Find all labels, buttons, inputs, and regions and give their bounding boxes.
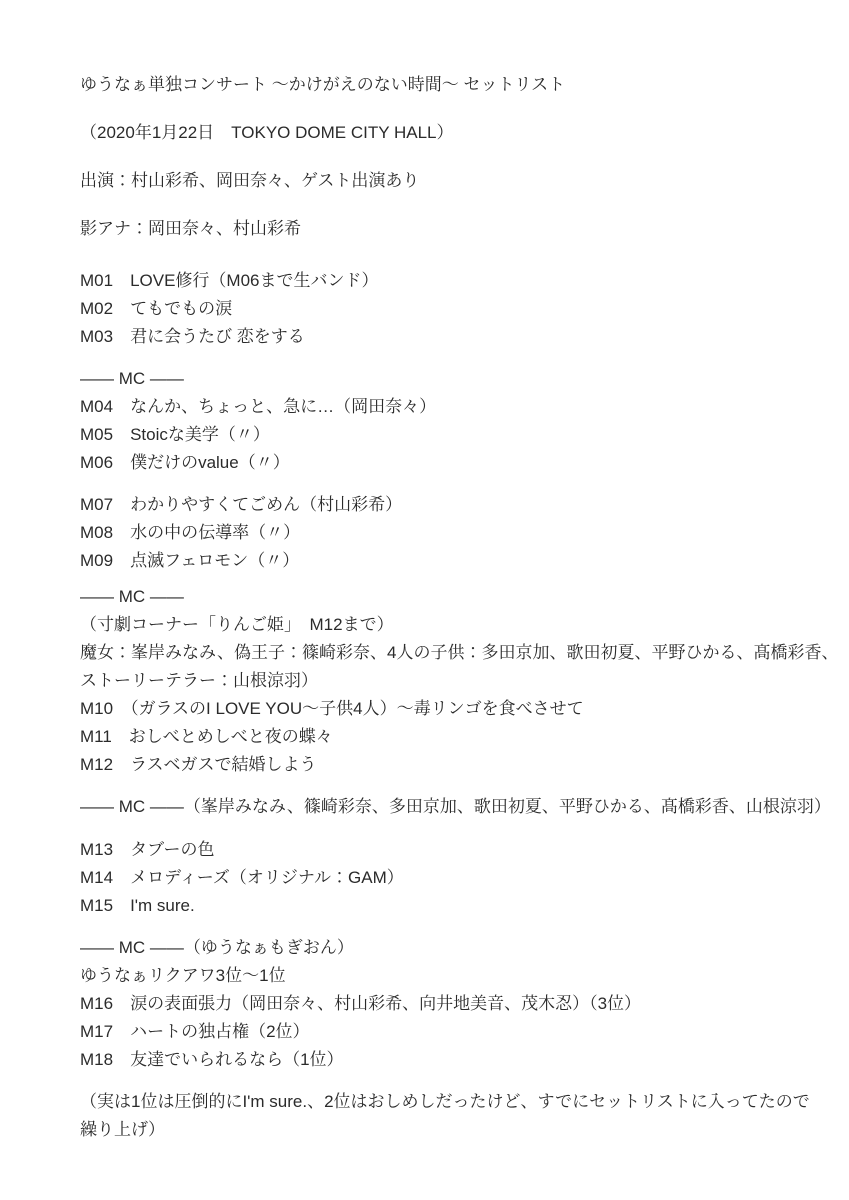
- song-line-m16: M16 涙の表面張力（岡田奈々、村山彩希、向井地美音、茂木忍）（3位）: [80, 990, 841, 1018]
- paragraph-gap: [80, 575, 841, 583]
- date-venue-line: （2020年1月22日 TOKYO DOME CITY HALL）: [80, 119, 841, 147]
- skit-cast-line-cont: ストーリーテラー：山根涼羽）: [80, 667, 841, 695]
- song-line-m15: M15 I'm sure.: [80, 892, 841, 920]
- song-line-m14: M14 メロディーズ（オリジナル：GAM）: [80, 864, 841, 892]
- song-line-m13: M13 タブーの色: [80, 836, 841, 864]
- mc-divider-line: ―― MC ――: [80, 365, 841, 393]
- song-line-m05: M05 Stoicな美学（〃）: [80, 421, 841, 449]
- song-line-m01: M01 LOVE修行（M06まで生バンド）: [80, 267, 841, 295]
- paragraph-gap: [80, 821, 841, 836]
- mc-divider-line: ―― MC ――: [80, 583, 841, 611]
- skit-cast-line: 魔女：峯岸みなみ、偽王子：篠崎彩奈、4人の子供：多田京加、歌田初夏、平野ひかる、…: [80, 639, 841, 667]
- song-line-m10: M10 （ガラスのI LOVE YOU～子供4人）～毒リンゴを食べさせて: [80, 695, 841, 723]
- paragraph-gap: [80, 195, 841, 215]
- song-line-m04: M04 なんか、ちょっと、急に…（岡田奈々）: [80, 393, 841, 421]
- shadow-announcer-line: 影アナ：岡田奈々、村山彩希: [80, 215, 841, 243]
- request-hour-line: ゆうなぁリクアワ3位～1位: [80, 962, 841, 990]
- paragraph-gap: [80, 920, 841, 934]
- title-line: ゆうなぁ単独コンサート ～かけがえのない時間～ セットリスト: [80, 71, 841, 99]
- paragraph-gap: [80, 779, 841, 793]
- mc-divider-line-yuunaa: ―― MC ――（ゆうなぁもぎおん）: [80, 934, 841, 962]
- paragraph-gap: [80, 477, 841, 491]
- paragraph-gap: [80, 99, 841, 119]
- song-line-m02: M02 てもでもの涙: [80, 295, 841, 323]
- song-line-m18: M18 友達でいられるなら（1位）: [80, 1046, 841, 1074]
- skit-corner-line: （寸劇コーナー「りんご姫」 M12まで）: [80, 611, 841, 639]
- note-line-cont: 繰り上げ）: [80, 1116, 841, 1144]
- song-line-m08: M08 水の中の伝導率（〃）: [80, 519, 841, 547]
- note-line: （実は1位は圧倒的にI'm sure.、2位はおしめしだったけど、すでにセットリ…: [80, 1088, 841, 1116]
- mc-divider-line-members: ―― MC ――（峯岸みなみ、篠崎彩奈、多田京加、歌田初夏、平野ひかる、髙橋彩香…: [80, 793, 841, 821]
- song-line-m11: M11 おしべとめしべと夜の蝶々: [80, 723, 841, 751]
- song-line-m17: M17 ハートの独占権（2位）: [80, 1018, 841, 1046]
- paragraph-gap: [80, 351, 841, 365]
- paragraph-gap: [80, 147, 841, 167]
- song-line-m03: M03 君に会うたび 恋をする: [80, 323, 841, 351]
- song-line-m06: M06 僕だけのvalue（〃）: [80, 449, 841, 477]
- song-line-m07: M07 わかりやすくてごめん（村山彩希）: [80, 491, 841, 519]
- cast-line: 出演：村山彩希、岡田奈々、ゲスト出演あり: [80, 167, 841, 195]
- paragraph-gap: [80, 243, 841, 267]
- song-line-m12: M12 ラスベガスで結婚しよう: [80, 751, 841, 779]
- setlist-document: ゆうなぁ単独コンサート ～かけがえのない時間～ セットリスト （2020年1月2…: [0, 0, 849, 1200]
- paragraph-gap: [80, 1074, 841, 1088]
- song-line-m09: M09 点滅フェロモン（〃）: [80, 547, 841, 575]
